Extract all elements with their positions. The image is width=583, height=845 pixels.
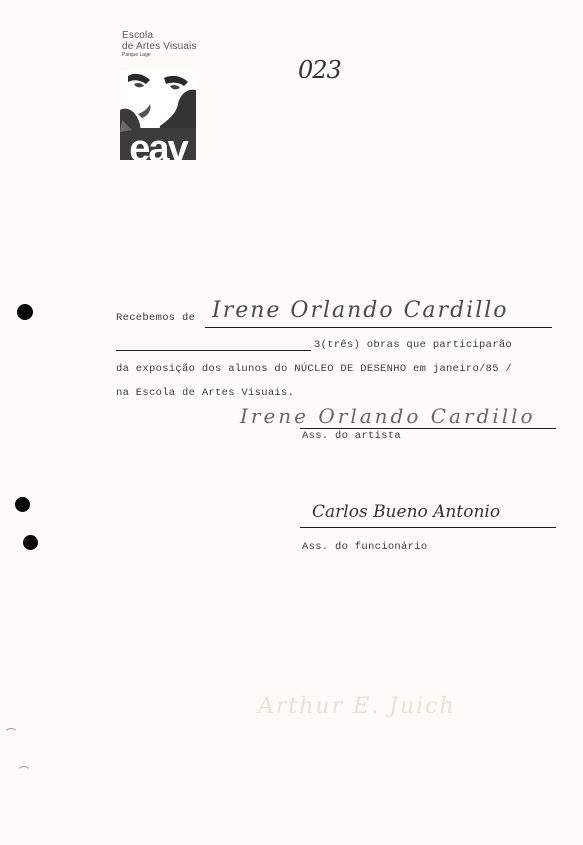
- faint-annotation: Arthur E. Juich: [258, 694, 456, 719]
- artist-name-handwritten: Irene Orlando Cardillo: [212, 298, 509, 323]
- school-location: Parque Lage: [122, 52, 197, 59]
- school-text: na Escola de Artes Visuais.: [116, 387, 294, 399]
- works-count-text: 3(três) obras que participarão: [314, 339, 512, 351]
- document-number: 023: [298, 56, 341, 84]
- employee-signature-line: [300, 527, 556, 528]
- received-from-label: Recebemos de: [116, 312, 195, 324]
- school-name-line2: de Artes Visuais: [122, 41, 197, 52]
- employee-signature-label: Ass. do funcionário: [302, 541, 427, 553]
- artist-signature-line: [300, 428, 556, 429]
- eav-logo: eav: [120, 70, 196, 160]
- punch-hole-mark: [17, 766, 31, 778]
- exhibition-text: da exposição dos alunos do NÚCLEO DE DES…: [116, 363, 512, 375]
- punch-hole: [23, 535, 38, 550]
- artist-signature: Irene Orlando Cardillo: [240, 404, 536, 428]
- school-name-line1: Escola: [122, 30, 197, 41]
- blank-line: [116, 350, 311, 351]
- artist-signature-label: Ass. do artista: [302, 430, 401, 442]
- punch-hole-mark: [4, 728, 18, 740]
- employee-signature: Carlos Bueno Antonio: [312, 502, 500, 522]
- punch-hole: [17, 304, 33, 320]
- punch-hole: [15, 497, 30, 512]
- letterhead-text: Escola de Artes Visuais Parque Lage: [122, 30, 197, 59]
- logo-text: eav: [120, 130, 196, 160]
- artist-name-line: [205, 327, 552, 328]
